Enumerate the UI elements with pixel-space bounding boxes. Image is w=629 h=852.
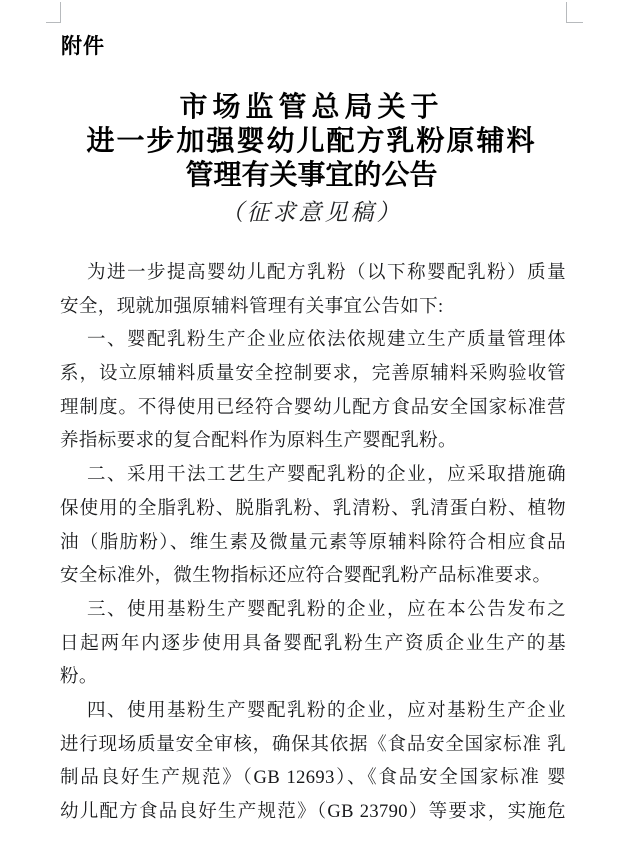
body-line: 安全，现就加强原辅料管理有关事宜公告如下: (60, 291, 566, 325)
document-page: 附件 市场监管总局关于 进一步加强婴幼儿配方乳粉原辅料 管理有关事宜的公告 （征… (0, 0, 629, 852)
margin-crop-mark-top-right (566, 2, 583, 23)
attachment-label: 附件 (61, 30, 105, 60)
subtitle-draft-note: （征求意见稿） (57, 198, 566, 228)
body-line: 幼儿配方食品良好生产规范》（GB 23790）等要求，实施危 (60, 796, 566, 830)
document-title: 市场监管总局关于 进一步加强婴幼儿配方乳粉原辅料 管理有关事宜的公告 （征求意见… (57, 90, 566, 228)
body-line: 保使用的全脂乳粉、脱脂乳粉、乳清粉、乳清蛋白粉、植物 (60, 493, 566, 527)
body-line: 粉。 (60, 661, 566, 695)
body-line: 日起两年内逐步使用具备婴配乳粉生产资质企业生产的基 (60, 628, 566, 662)
body-line: 制品良好生产规范》（GB 12693）、《食品安全国家标准 婴 (60, 762, 566, 796)
body-line: 三、使用基粉生产婴配乳粉的企业，应在本公告发布之 (60, 594, 566, 628)
title-line-1: 市场监管总局关于 (57, 90, 566, 124)
body-line: 安全标准外，微生物指标还应符合婴配乳粉产品标准要求。 (60, 560, 566, 594)
body-line: 为进一步提高婴幼儿配方乳粉（以下称婴配乳粉）质量 (60, 257, 566, 291)
title-line-3: 管理有关事宜的公告 (57, 158, 566, 192)
body-line: 一、婴配乳粉生产企业应依法依规建立生产质量管理体 (60, 324, 566, 358)
body-line: 二、采用干法工艺生产婴配乳粉的企业，应采取措施确 (60, 459, 566, 493)
body-line: 进行现场质量安全审核，确保其依据《食品安全国家标准 乳 (60, 729, 566, 763)
body-line: 理制度。不得使用已经符合婴幼儿配方食品安全国家标准营 (60, 392, 566, 426)
title-line-2: 进一步加强婴幼儿配方乳粉原辅料 (57, 124, 566, 158)
body-line: 系，设立原辅料质量安全控制要求，完善原辅料采购验收管 (60, 358, 566, 392)
document-body: 为进一步提高婴幼儿配方乳粉（以下称婴配乳粉）质量 安全，现就加强原辅料管理有关事… (60, 257, 566, 830)
body-line: 四、使用基粉生产婴配乳粉的企业，应对基粉生产企业 (60, 695, 566, 729)
body-line: 养指标要求的复合配料作为原料生产婴配乳粉。 (60, 425, 566, 459)
margin-crop-mark-top-left (46, 2, 61, 23)
body-line: 油（脂肪粉）、维生素及微量元素等原辅料除符合相应食品 (60, 527, 566, 561)
